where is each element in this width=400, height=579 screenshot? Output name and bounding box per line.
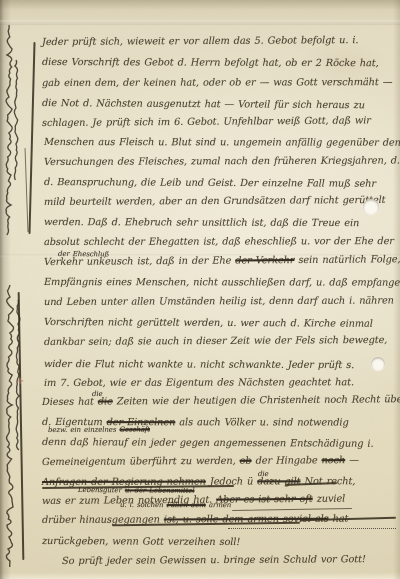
handwriting-line: zurückgeben, wenn Gott verzeihen soll! (42, 537, 240, 549)
handwriting-segment: noch (322, 455, 346, 466)
handwriting-line: wider die Flut nicht wankte u. nicht sch… (44, 360, 354, 372)
handwriting-line: Verkehr unkeusch ist, daß in der Ehe der… (44, 255, 400, 269)
handwriting-segment: gab einen dem, der keinen hat, oder ob e… (42, 77, 392, 89)
manuscript-page: Jeder prüft sich, wieweit er vor allem d… (0, 0, 400, 579)
dotted-line (228, 528, 396, 529)
handwriting-segment: zurückgeben, wenn Gott verzeihen soll! (42, 536, 240, 548)
handwriting-segment: Menschen aus Fleisch u. Blut sind u. ung… (44, 137, 400, 149)
handwriting-line: im 7. Gebot, wie er das Eigentum des Näc… (44, 378, 354, 390)
handwriting-segment: der Verkehr (235, 255, 294, 266)
handwriting-segment: Gemeineigentum überführt zu werden, (42, 456, 240, 468)
handwriting-line: Versuchungen des Fleisches, zumal nach d… (44, 156, 400, 168)
handwriting-segment: denn daß hierauf ein jeder gegen angemes… (42, 437, 374, 450)
handwriting-line: denn daß hierauf ein jeder gegen angemes… (42, 438, 374, 451)
handwriting-segment: wider die Flut nicht wankte u. nicht sch… (44, 359, 354, 371)
handwriting-line: Menschen aus Fleisch u. Blut sind u. ung… (44, 138, 400, 149)
handwriting-segment: Dieses hat (42, 397, 98, 408)
handwriting-segment: die (98, 396, 113, 407)
hole-punch (363, 199, 379, 215)
handwriting-line: mild beurteilt werden, aber an den Grund… (44, 196, 386, 209)
handwriting-line: Gemeineigentum überführt zu werden, ob d… (42, 456, 359, 469)
handwriting-segment: Versuchungen des Fleisches, zumal nach d… (44, 155, 400, 168)
handwriting-line: gab einen dem, der keinen hat, oder ob e… (42, 78, 392, 90)
handwriting-segment: absolut schlecht der Ehegatten ist, daß … (44, 236, 394, 248)
interlinear-insert: bezw. ein einzelnes Geschäft (48, 427, 150, 435)
handwriting-segment: armen (206, 501, 231, 509)
handwriting-body: Jeder prüft sich, wieweit er vor allem d… (0, 0, 400, 579)
handwriting-segment: Empfängnis eines Menschen, nicht ausschl… (44, 277, 400, 289)
handwriting-segment: mild beurteilt werden, aber an den Grund… (44, 195, 386, 208)
handwriting-line: dankbar sein; daß sie auch in dieser Zei… (44, 336, 387, 349)
handwriting-line: schlagen. Je prüft sich im 6. Gebot. Unf… (42, 116, 371, 129)
handwriting-segment: Geschäft (119, 426, 150, 434)
handwriting-line: Jeder prüft sich, wieweit er vor allem d… (42, 36, 358, 49)
handwriting-line: d. Beanspruchung, die Leib und Geist. De… (44, 178, 376, 191)
handwriting-segment: ob (240, 456, 252, 467)
handwriting-segment: Vorschriften nicht gerüttelt werden, u. … (44, 317, 373, 330)
handwriting-segment: dankbar sein; daß sie auch in dieser Zei… (44, 335, 387, 348)
handwriting-line: absolut schlecht der Ehegatten ist, daß … (44, 237, 394, 249)
handwriting-segment: im 7. Gebot, wie er das Eigentum des Näc… (44, 377, 354, 389)
handwriting-line: die Not d. Nächsten ausgenutzt hat — Vor… (42, 99, 365, 112)
handwriting-segment: sein natürlich Folge, die (294, 254, 400, 266)
handwriting-segment: Fällen dem (167, 501, 206, 509)
handwriting-segment: So prüft jeder sein Gewissen u. bringe s… (62, 554, 366, 567)
interlinear-insert: u. i. solchen Fällen dem armen (120, 502, 231, 510)
handwriting-segment: die Not d. Nächsten ausgenutzt hat — Vor… (42, 98, 365, 111)
handwriting-segment: d. Beanspruchung, die Leib und Geist. De… (44, 177, 376, 190)
handwriting-line: werden. Daß d. Ehebruch sehr unsittlich … (44, 218, 359, 230)
handwriting-line: Empfängnis eines Menschen, nicht ausschl… (44, 278, 400, 289)
handwriting-segment: der Hingabe (252, 455, 322, 466)
handwriting-segment: diese Vorschrift des Gebot d. Herrn befo… (42, 57, 379, 69)
handwriting-line: Vorschriften nicht gerüttelt werden, u. … (44, 318, 373, 330)
handwriting-segment: schlagen. Je prüft sich im 6. Gebot. Unf… (42, 115, 371, 129)
handwriting-segment: bezw. ein einzelnes (48, 426, 120, 434)
handwriting-segment: Verkehr unkeusch ist, daß in der Ehe (44, 255, 235, 268)
red-plus-mark: + (16, 376, 24, 387)
handwriting-segment: werden. Daß d. Ehebruch sehr unsittlich … (44, 217, 359, 229)
handwriting-segment: zuviel (313, 494, 346, 505)
hole-punch (371, 357, 385, 371)
handwriting-line: So prüft jeder sein Gewissen u. bringe s… (62, 555, 366, 568)
handwriting-segment: als auch Völker u. sind notwendig (175, 417, 348, 428)
handwriting-segment: Jeder prüft sich, wieweit er vor allem d… (42, 35, 358, 48)
handwriting-segment: — (345, 455, 359, 466)
handwriting-line: und Leben unter allen Umständen heilig i… (44, 296, 394, 308)
handwriting-segment: Zeiten wie der heutigen die Christenheit… (113, 394, 400, 407)
handwriting-line: Dieses hat die Zeiten wie der heutigen d… (42, 395, 400, 409)
handwriting-segment: dazu gilt (257, 476, 300, 487)
handwriting-segment: und Leben unter allen Umständen heilig i… (44, 295, 394, 308)
handwriting-line: diese Vorschrift des Gebot d. Herrn befo… (42, 58, 379, 70)
handwriting-segment: u. i. solchen (120, 501, 167, 509)
